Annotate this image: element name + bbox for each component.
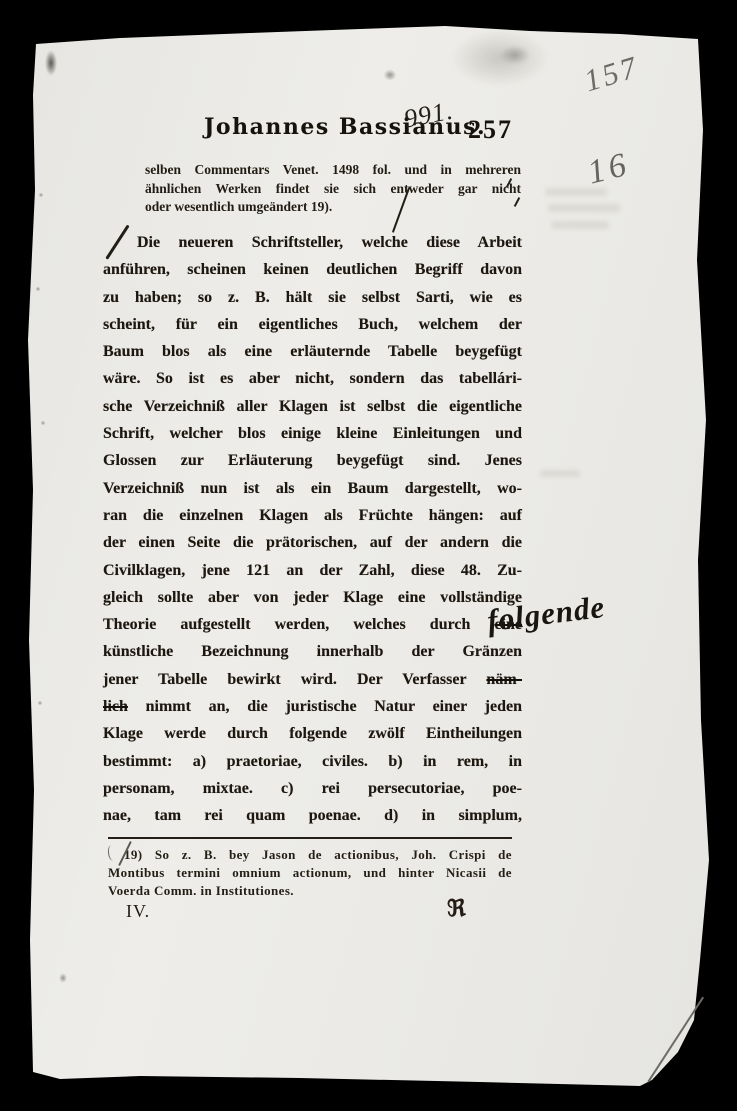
body-line: Baum blos als eine erläuternde Tabelle b…	[103, 338, 522, 365]
body-line: personam, mixtae. c) rei persecutoriae, …	[103, 775, 522, 802]
body-line: Civilklagen, jene 121 an der Zahl, diese…	[103, 557, 522, 584]
body-line: sche Verzeichniß aller Klagen ist selbst…	[103, 393, 522, 420]
struck-word: lich	[103, 698, 128, 715]
body-line: Theorie aufgestellt werden, welches durc…	[103, 611, 522, 638]
footnote-block: 19) So z. B. bey Jason de actionibus, Jo…	[108, 846, 512, 899]
excerpt-small-print: selben Commentars Venet. 1498 fol. und i…	[145, 161, 521, 217]
footnote-line: 19) So z. B. bey Jason de actionibus, Jo…	[108, 846, 512, 864]
body-line: anführen, scheinen keinen deutlichen Beg…	[103, 256, 522, 283]
body-line: Glossen zur Erläuterung beygefügt sind. …	[103, 447, 522, 474]
excerpt-line: ähnlichen Werken findet sie sich entwede…	[145, 180, 521, 199]
gathering-signature: ℜ	[447, 896, 466, 922]
showthrough-smudge	[540, 470, 580, 477]
body-line: ran die einzelnen Klagen als Früchte hän…	[103, 502, 522, 529]
showthrough-smudge	[548, 204, 620, 212]
struck-word: näm-	[486, 671, 522, 688]
body-line: Die neueren Schriftsteller, welche diese…	[103, 229, 522, 256]
body-line: lich nimmt an, die juristische Natur ein…	[103, 693, 522, 720]
body-line: Verzeichniß nun ist als ein Baum dargest…	[103, 475, 522, 502]
body-line: künstliche Bezeichnung innerhalb der Grä…	[103, 638, 522, 665]
footnote-rule	[108, 837, 512, 839]
excerpt-line: selben Commentars Venet. 1498 fol. und i…	[145, 161, 521, 180]
body-line: wäre. So ist es aber nicht, sondern das …	[103, 365, 522, 392]
body-line: jener Tabelle bewirkt wird. Der Verfasse…	[103, 666, 522, 693]
body-line: bestimmt: a) praetoriae, civiles. b) in …	[103, 748, 522, 775]
body-line: der einen Seite die prätorischen, auf de…	[103, 529, 522, 556]
body-line: gleich sollte aber von jeder Klage eine …	[103, 584, 522, 611]
scanned-book-page: Johannes Bassianus. 991. 257 selben Comm…	[0, 0, 737, 1111]
body-line: Klage werde durch folgende zwölf Einthei…	[103, 720, 522, 747]
body-line: scheint, für ein eigentliches Buch, welc…	[103, 311, 522, 338]
showthrough-smudge	[551, 221, 609, 229]
volume-number: IV.	[126, 901, 150, 922]
excerpt-line: oder wesentlich umgeändert 19).	[145, 198, 521, 217]
body-text: Die neueren Schriftsteller, welche diese…	[103, 229, 522, 830]
body-line: nae, tam rei quam poenae. d) in simplum,	[103, 802, 522, 829]
body-line: Schrift, welcher blos einige kleine Einl…	[103, 420, 522, 447]
footnote-line: Montibus termini omnium actionum, und hi…	[108, 864, 512, 882]
page-number: 257	[468, 115, 513, 145]
body-line: zu haben; so z. B. hält sie selbst Sarti…	[103, 284, 522, 311]
